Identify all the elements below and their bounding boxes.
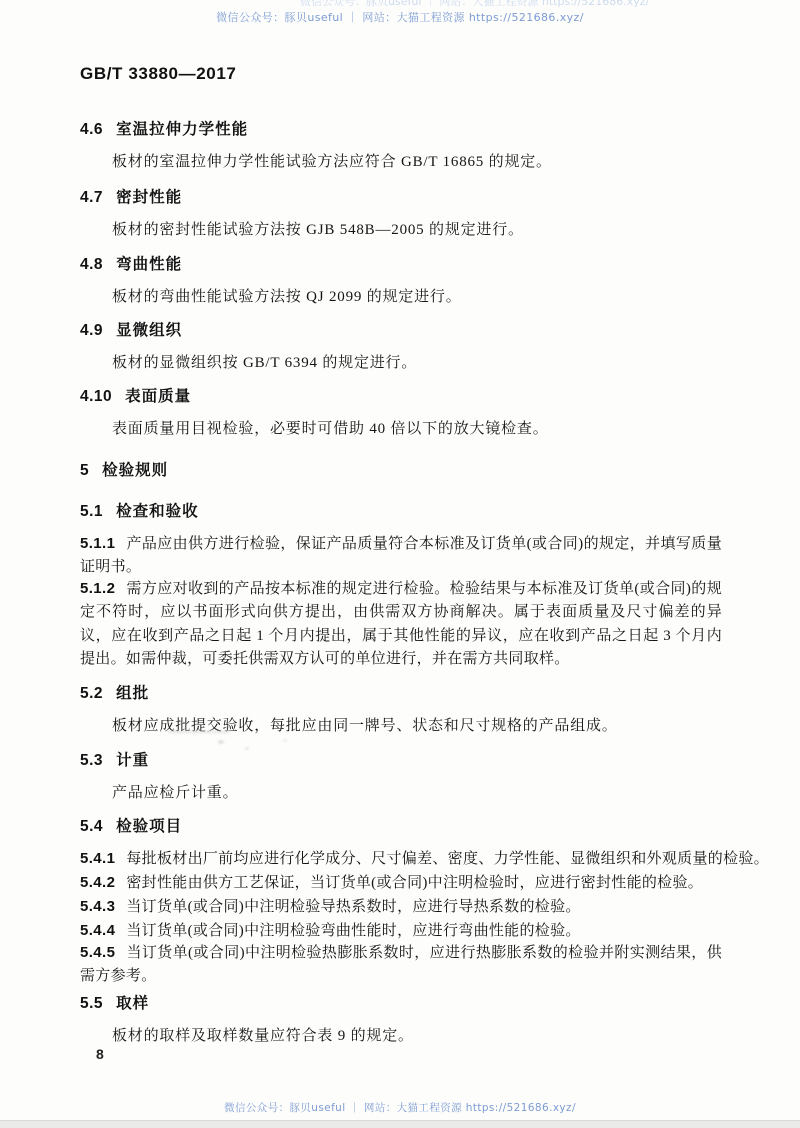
section-heading-4-7: 4.7密封性能 [80, 185, 182, 207]
section-number: 5.4 [80, 818, 103, 835]
section-body-4-6: 板材的室温拉伸力学性能试验方法应符合 GB/T 16865 的规定。 [112, 150, 552, 171]
section-title: 密封性能 [116, 189, 182, 206]
section-body-4-8: 板材的弯曲性能试验方法按 QJ 2099 的规定进行。 [112, 285, 462, 306]
section-number: 5.1 [80, 503, 103, 520]
section-number: 4.7 [80, 189, 103, 206]
clause-5-1-2: 5.1.2需方应对收到的产品按本标准的规定进行检验。检验结果与本标准及订货单(或… [80, 577, 722, 671]
scan-artifact-streak [168, 731, 230, 733]
section-body-4-9: 板材的显微组织按 GB/T 6394 的规定进行。 [112, 351, 417, 372]
clause-number: 5.1.1 [80, 535, 115, 552]
clause-5-4-1: 5.4.1每批板材出厂前均应进行化学成分、尺寸偏差、密度、力学性能、显微组织和外… [80, 847, 769, 871]
page-bottom-edge [0, 1120, 800, 1128]
clause-text: 当订货单(或合同)中注明检验热膨胀系数时，应进行热膨胀系数的检验并附实测结果，供… [80, 945, 722, 984]
section-number: 5.2 [80, 685, 103, 702]
section-heading-4-6: 4.6室温拉伸力学性能 [80, 117, 248, 139]
section-title: 检查和验收 [116, 503, 199, 520]
clause-number: 5.4.2 [80, 874, 115, 891]
clause-number: 5.4.3 [80, 898, 115, 915]
clause-text: 每批板材出厂前均应进行化学成分、尺寸偏差、密度、力学性能、显微组织和外观质量的检… [126, 851, 769, 867]
scan-artifact-dot [245, 747, 249, 750]
section-number: 5.3 [80, 752, 103, 769]
section-heading-5-2: 5.2组批 [80, 681, 149, 703]
section-heading-5-4: 5.4检验项目 [80, 814, 182, 836]
section-title: 室温拉伸力学性能 [116, 121, 248, 138]
clause-text: 密封性能由供方工艺保证，当订货单(或合同)中注明检验时，应进行密封性能的检验。 [126, 875, 703, 891]
section-title: 弯曲性能 [116, 256, 182, 273]
section-title: 取样 [116, 995, 149, 1012]
clause-number: 5.4.1 [80, 850, 115, 867]
clause-text: 当订货单(或合同)中注明检验导热系数时，应进行导热系数的检验。 [126, 899, 580, 915]
section-number: 4.9 [80, 322, 103, 339]
section-number: 4.10 [80, 388, 112, 405]
section-heading-4-8: 4.8弯曲性能 [80, 252, 182, 274]
scan-artifact-dot [218, 740, 224, 744]
section-number: 4.6 [80, 121, 103, 138]
clause-text: 产品应由供方进行检验，保证产品质量符合本标准及订货单(或合同)的规定，并填写质量… [80, 536, 722, 575]
clause-5-4-2: 5.4.2密封性能由供方工艺保证，当订货单(或合同)中注明检验时，应进行密封性能… [80, 871, 703, 895]
section-body-4-7: 板材的密封性能试验方法按 GJB 548B—2005 的规定进行。 [112, 218, 524, 239]
watermark-bottom-text: 微信公众号：豚贝useful ｜ 网站：大猫工程资源 https://52168… [0, 1100, 800, 1115]
clause-text: 当订货单(或合同)中注明检验弯曲性能时，应进行弯曲性能的检验。 [126, 923, 580, 939]
clause-5-4-5: 5.4.5当订货单(或合同)中注明检验热膨胀系数时，应进行热膨胀系数的检验并附实… [80, 941, 722, 989]
section-heading-5-3: 5.3计重 [80, 748, 149, 770]
section-number: 5.5 [80, 995, 103, 1012]
watermark-top-text: 微信公众号：豚贝useful ｜ 网站：大猫工程资源 https://52168… [0, 9, 800, 25]
section-title: 检验规则 [102, 462, 168, 479]
clause-number: 5.4.5 [80, 944, 115, 961]
clause-text: 需方应对收到的产品按本标准的规定进行检验。检验结果与本标准及订货单(或合同)的规… [80, 581, 722, 667]
section-body-5-5: 板材的取样及取样数量应符合表 9 的规定。 [112, 1024, 414, 1045]
section-body-4-10: 表面质量用目视检验，必要时可借助 40 倍以下的放大镜检查。 [112, 417, 549, 438]
section-heading-4-9: 4.9显微组织 [80, 318, 182, 340]
document-page: 微信公众号：豚贝useful ｜ 网站：大猫工程资源 https://52168… [0, 0, 800, 1128]
section-title: 组批 [116, 685, 149, 702]
section-body-5-3: 产品应检斤计重。 [112, 781, 238, 802]
section-title: 表面质量 [125, 388, 191, 405]
section-title: 显微组织 [116, 322, 182, 339]
clause-5-4-3: 5.4.3当订货单(或合同)中注明检验导热系数时，应进行导热系数的检验。 [80, 895, 581, 919]
watermark-echo-text: 微信公众号：豚贝useful ｜ 网站：大猫工程资源 https://52168… [300, 0, 760, 9]
section-heading-4-10: 4.10表面质量 [80, 384, 191, 406]
section-title: 检验项目 [116, 818, 182, 835]
section-number: 5 [80, 462, 89, 479]
clause-number: 5.4.4 [80, 922, 115, 939]
scan-artifact-dot [283, 739, 287, 742]
section-heading-5-1: 5.1检查和验收 [80, 499, 199, 521]
page-number: 8 [96, 1046, 104, 1062]
standard-doc-number: GB/T 33880—2017 [80, 64, 236, 84]
section-number: 4.8 [80, 256, 103, 273]
section-heading-5-5: 5.5取样 [80, 991, 149, 1013]
clause-number: 5.1.2 [80, 580, 115, 597]
clause-5-1-1: 5.1.1产品应由供方进行检验，保证产品质量符合本标准及订货单(或合同)的规定，… [80, 532, 722, 580]
section-title: 计重 [116, 752, 149, 769]
clause-5-4-4: 5.4.4当订货单(或合同)中注明检验弯曲性能时，应进行弯曲性能的检验。 [80, 919, 581, 943]
chapter-heading-5: 5检验规则 [80, 458, 168, 480]
